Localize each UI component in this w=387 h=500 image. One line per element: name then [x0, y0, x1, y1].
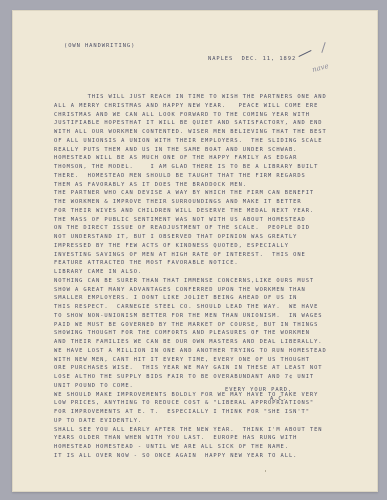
- letter-line: and their families we can be our own mas…: [54, 338, 327, 347]
- letter-line: justifiable hopesthat it will be quiet a…: [54, 119, 327, 128]
- letter-line: Library came in also.: [54, 268, 327, 277]
- letter-line: The partner who can devise a way by whic…: [54, 189, 327, 198]
- letter-line: Thomson, the model. I am glad there is t…: [54, 163, 327, 172]
- letter-line: for their wives and children will deserv…: [54, 207, 327, 216]
- handwritten-tick-mark: [321, 42, 325, 53]
- handwritten-margin-note: nave: [311, 62, 329, 74]
- letter-line: years older than when with you last. Eur…: [54, 434, 327, 443]
- letter-line: Shall see you all early after the new ye…: [54, 426, 327, 435]
- closing: Every your pard,: [225, 386, 292, 395]
- letter-body: This will just reach in time to wish the…: [54, 93, 327, 461]
- letter-line: show a great many advantages conferred u…: [54, 286, 327, 295]
- letter-line: up to date evidently.: [54, 417, 327, 426]
- letter-line: on the direct issue of readjustment of t…: [54, 224, 327, 233]
- letter-line: for improvements at E. T. especially I t…: [54, 408, 327, 417]
- letter-page: (Own handwriting) Naples Dec. 11, 1892 n…: [12, 10, 378, 492]
- letter-line: Homestead Homestead - until we are all s…: [54, 443, 327, 452]
- letter-line: We have lost a million in one and anothe…: [54, 347, 327, 356]
- letter-line: all a Merry Christmas and Happy New Year…: [54, 102, 327, 111]
- signature: A.C.: [270, 395, 287, 404]
- letter-line: them as favorably as it does the Braddoc…: [54, 181, 327, 190]
- letter-line: the workmen & improve their surroundings…: [54, 198, 327, 207]
- letter-line: paid we must be governed by the market o…: [54, 321, 327, 330]
- letter-line: really puts them and us in the same boat…: [54, 146, 327, 155]
- letter-line: lose altho the supply bids fair to be ov…: [54, 373, 327, 382]
- letter-line: not understand it, but I observed that o…: [54, 233, 327, 242]
- paper-speck: [265, 470, 266, 472]
- letter-line: ore purchases wise. This year we may gai…: [54, 364, 327, 373]
- letter-line: this respect. Carnegie Steel Co. should …: [54, 303, 327, 312]
- letter-line: Homestead will be as much one of the hap…: [54, 154, 327, 163]
- letter-line: showing thought for the comforts and ple…: [54, 329, 327, 338]
- letter-line: there. Homestead men should be taught th…: [54, 172, 327, 181]
- letter-line: Christmas and we can all look forward to…: [54, 111, 327, 120]
- date: Dec. 11, 1892: [242, 56, 297, 62]
- date-strike-mark: [298, 50, 311, 57]
- letter-line: The mass of public sentiment was not wit…: [54, 216, 327, 225]
- letter-line: feature attracted the most favorable not…: [54, 259, 327, 268]
- letter-line: to show non-unionism better for the men …: [54, 312, 327, 321]
- letter-line: This will just reach in time to wish the…: [54, 93, 327, 102]
- letter-line: with all our workmen contented. wiser me…: [54, 128, 327, 137]
- place: Naples: [208, 56, 233, 62]
- letter-line: of all unionsis a Union with their emplo…: [54, 137, 327, 146]
- letter-line: It is all over now - so once again Happy…: [54, 452, 327, 461]
- letter-line: impressed by the few acts of kindness qu…: [54, 242, 327, 251]
- header-note: (Own handwriting): [64, 42, 135, 51]
- letter-line: Nothing can be surer than that immense c…: [54, 277, 327, 286]
- letter-line: with new men, cant hit it every time, ev…: [54, 356, 327, 365]
- letter-line: smaller employers. I dont like Joliet be…: [54, 294, 327, 303]
- letter-line: investing savings of men at high rate of…: [54, 251, 327, 260]
- dateline: Naples Dec. 11, 1892: [208, 55, 296, 64]
